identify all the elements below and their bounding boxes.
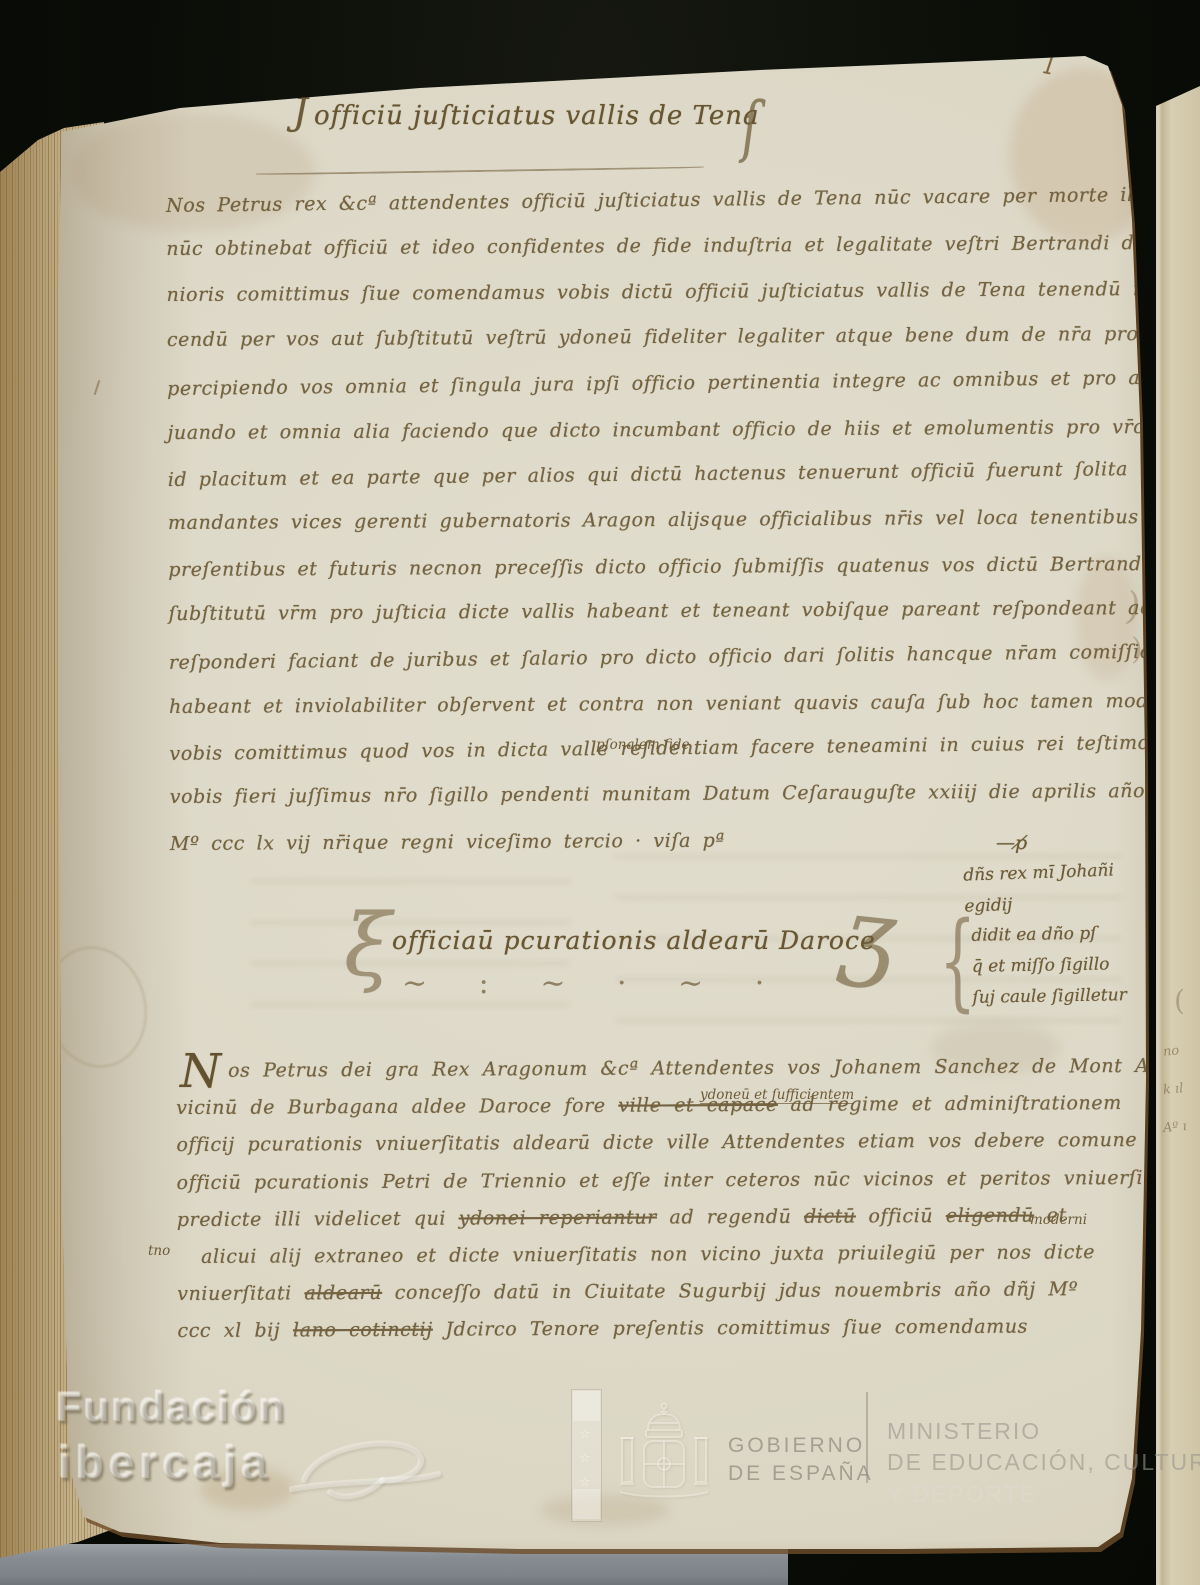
facing-page-pen-mark: ( [1174, 984, 1185, 1017]
manuscript-line: juando et omnia alia faciendo que dicto … [167, 414, 1200, 443]
manuscript-line: Nos Petrus rex &cª attendentes officiū j… [166, 182, 1200, 216]
heading-flourish: ſ [742, 88, 759, 165]
chancery-note-line: ſuj caule ſigilletur [972, 984, 1183, 1019]
manuscript-line: vicinū de Burbagana aldee Daroce fore vi… [176, 1092, 1122, 1119]
manuscript-photo: 1 J officiū juſticiatus vallis de Tena ſ… [0, 0, 1200, 1585]
text-block-1: Nos Petrus rex &cª attendentes officiū j… [166, 186, 1152, 892]
manuscript-line: officij pcurationis vniuerſitatis aldear… [176, 1129, 1137, 1156]
manuscript-line: officiū pcurationis Petri de Triennio et… [177, 1166, 1189, 1193]
margin-pen-mark: ) [1131, 632, 1143, 667]
text-block-2: os Petrus dei gra Rex Aragonum &cª Atten… [176, 1055, 1140, 1360]
manuscript-line: nioris comittimus ſiue comendamus vobis … [167, 277, 1200, 306]
chancery-note-line: didit ea dño pſ [971, 922, 1182, 957]
facing-page-pen-mark: k ıl [1162, 1081, 1184, 1098]
manuscript-line: reſponderi faciant de juribus et ſalario… [169, 639, 1200, 674]
heading-flourish-left: ξ [344, 903, 391, 989]
page-content: 1 J officiū juſticiatus vallis de Tena ſ… [0, 0, 1200, 1585]
heading-ornament-squiggles: ∼ : ∼ · ∼ · [402, 966, 764, 1001]
chancery-note-signature: dñs rex mī Johañiegidij [963, 858, 1175, 927]
manuscript-line: cendū per vos aut ſubſtitutū veſtrū ydon… [167, 322, 1200, 351]
chancery-note-seal: didit ea dño pſq̄ et miſſo ſigilloſuj ca… [971, 922, 1183, 1019]
chancery-brace: { [939, 908, 976, 1014]
heading-underline [256, 165, 704, 175]
interlinear-insert: moderni [1030, 1212, 1087, 1228]
manuscript-line: Mº ccc lx vij nr̄ique regni viceſimo ter… [170, 829, 725, 854]
manuscript-line: ſubſtitutū vr̄m pro juſticia dicte valli… [169, 597, 1200, 626]
manuscript-line: preſentibus et futuris necnon preceſſis … [168, 552, 1200, 581]
manuscript-line: percipiendo vos omnia et ſingula jura ip… [167, 365, 1200, 400]
manuscript-line: habeant et inviolabiliter obſervent et c… [169, 689, 1200, 718]
interlinear-insert: tno [148, 1243, 170, 1259]
manuscript-line: mandantes vices gerenti gubernatoris Ara… [168, 505, 1200, 533]
manuscript-line: os Petrus dei gra Rex Aragonum &cª Atten… [176, 1055, 1200, 1082]
stain [200, 1468, 295, 1510]
section-heading-justiciatus: officiū juſticiatus vallis de Tena [314, 101, 759, 131]
verso-bleedthrough [250, 880, 570, 1030]
heading-flourish-right: ʒ [837, 883, 901, 984]
interlinear-insert: pſonalem fide [596, 737, 690, 753]
margin-ink-tick [94, 380, 101, 395]
manuscript-line: id placitum et ea parte que per alios qu… [168, 456, 1200, 491]
facing-page-edge: ( nok ılAº ı [1156, 86, 1200, 1585]
stain [540, 1494, 670, 1526]
manuscript-line: ccc xl bij lano cotinctij Jdcirco Tenore… [177, 1316, 1028, 1342]
section-heading-procurationis: officiaū pcurationis aldearū Daroce [392, 926, 876, 955]
manuscript-line: vniuerſitati aldearū conceſſo datū in Ci… [177, 1278, 1078, 1305]
interlinear-insert: ydoneū et ſufficientem [700, 1087, 854, 1104]
facing-page-pen-mark: Aº ı [1162, 1119, 1187, 1136]
manuscript-line: predicte illi videlicet qui ydonei reper… [177, 1204, 1067, 1231]
manuscript-line: alicui alij extraneo et dicte vniuerſita… [177, 1241, 1095, 1268]
facing-page-pen-mark: no [1162, 1043, 1179, 1059]
chancery-mark: —p̸ [996, 832, 1027, 854]
heading-initial: J [293, 90, 308, 133]
manuscript-line: nūc obtinebat officiū et ideo confidente… [166, 231, 1200, 260]
chancery-note-line: q̄ et miſſo ſigillo [972, 953, 1183, 988]
manuscript-line: vobis fieri juſſimus nr̄o ſigillo penden… [170, 779, 1200, 808]
